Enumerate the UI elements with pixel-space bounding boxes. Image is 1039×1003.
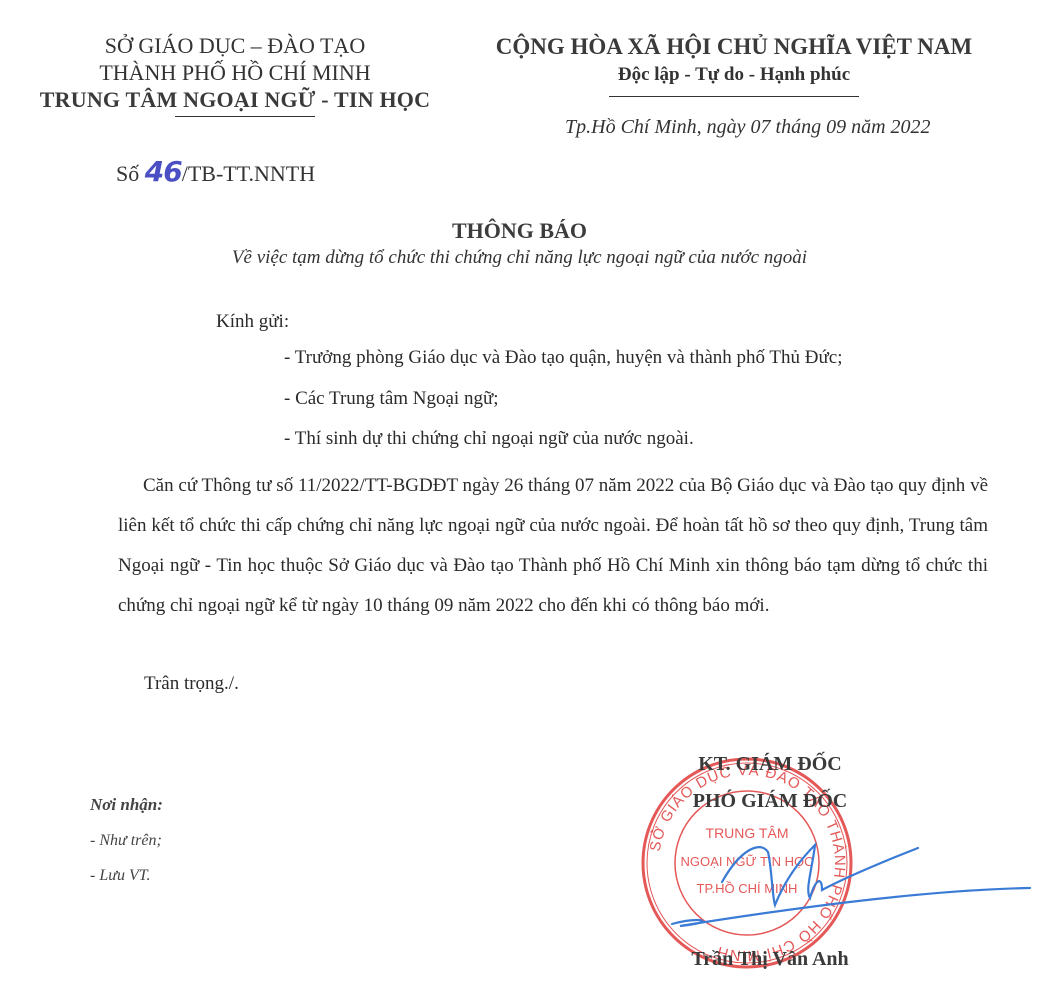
body-text: Căn cứ Thông tư số 11/2022/TT-BGDĐT ngày… [118,475,988,616]
authority-line-1: SỞ GIÁO DỤC – ĐÀO TẠO [0,32,470,59]
national-title: CỘNG HÒA XÃ HỘI CHỦ NGHĨA VIỆT NAM [466,32,1002,62]
document-subtitle: Về việc tạm dừng tổ chức thi chứng chỉ n… [0,247,1039,269]
recipients-footer-label: Nơi nhận: [90,795,163,815]
document-number: Số 46/TB-TT.NNTH [116,155,315,188]
number-prefix: Số [116,161,139,186]
signature-title-1: KT. GIÁM ĐỐC [640,753,900,776]
recipient-item: - Các Trung tâm Ngoại ngữ; [284,388,499,410]
authority-line-3: TRUNG TÂM NGOẠI NGỮ - TIN HỌC [0,86,470,114]
signer-name: Trần Thị Vân Anh [640,948,900,971]
document-title: THÔNG BÁO [0,218,1039,244]
national-motto: Độc lập - Tự do - Hạnh phúc [466,62,1002,88]
recipient-item: - Thí sinh dự thi chứng chỉ ngoại ngữ củ… [284,428,694,450]
closing: Trân trọng./. [144,673,239,695]
body-paragraph: Căn cứ Thông tư số 11/2022/TT-BGDĐT ngày… [118,466,988,626]
authority-line-2: THÀNH PHỐ HỒ CHÍ MINH [0,59,470,86]
national-header: CỘNG HÒA XÃ HỘI CHỦ NGHĨA VIỆT NAM Độc l… [466,32,1002,97]
number-suffix: /TB-TT.NNTH [182,161,315,186]
authority-underline [175,116,315,117]
date-line: Tp.Hồ Chí Minh, ngày 07 tháng 09 năm 202… [565,116,931,139]
motto-underline [609,96,859,97]
recipients-footer-item: - Như trên; [90,832,162,850]
handwritten-number: 46 [145,155,182,188]
recipients-footer-item: - Lưu VT. [90,867,150,885]
recipient-item: - Trưởng phòng Giáo dục và Đào tạo quận,… [284,347,843,369]
handwritten-signature-icon [600,780,1039,930]
greeting: Kính gửi: [216,311,289,333]
issuing-authority: SỞ GIÁO DỤC – ĐÀO TẠO THÀNH PHỐ HỒ CHÍ M… [0,32,470,117]
